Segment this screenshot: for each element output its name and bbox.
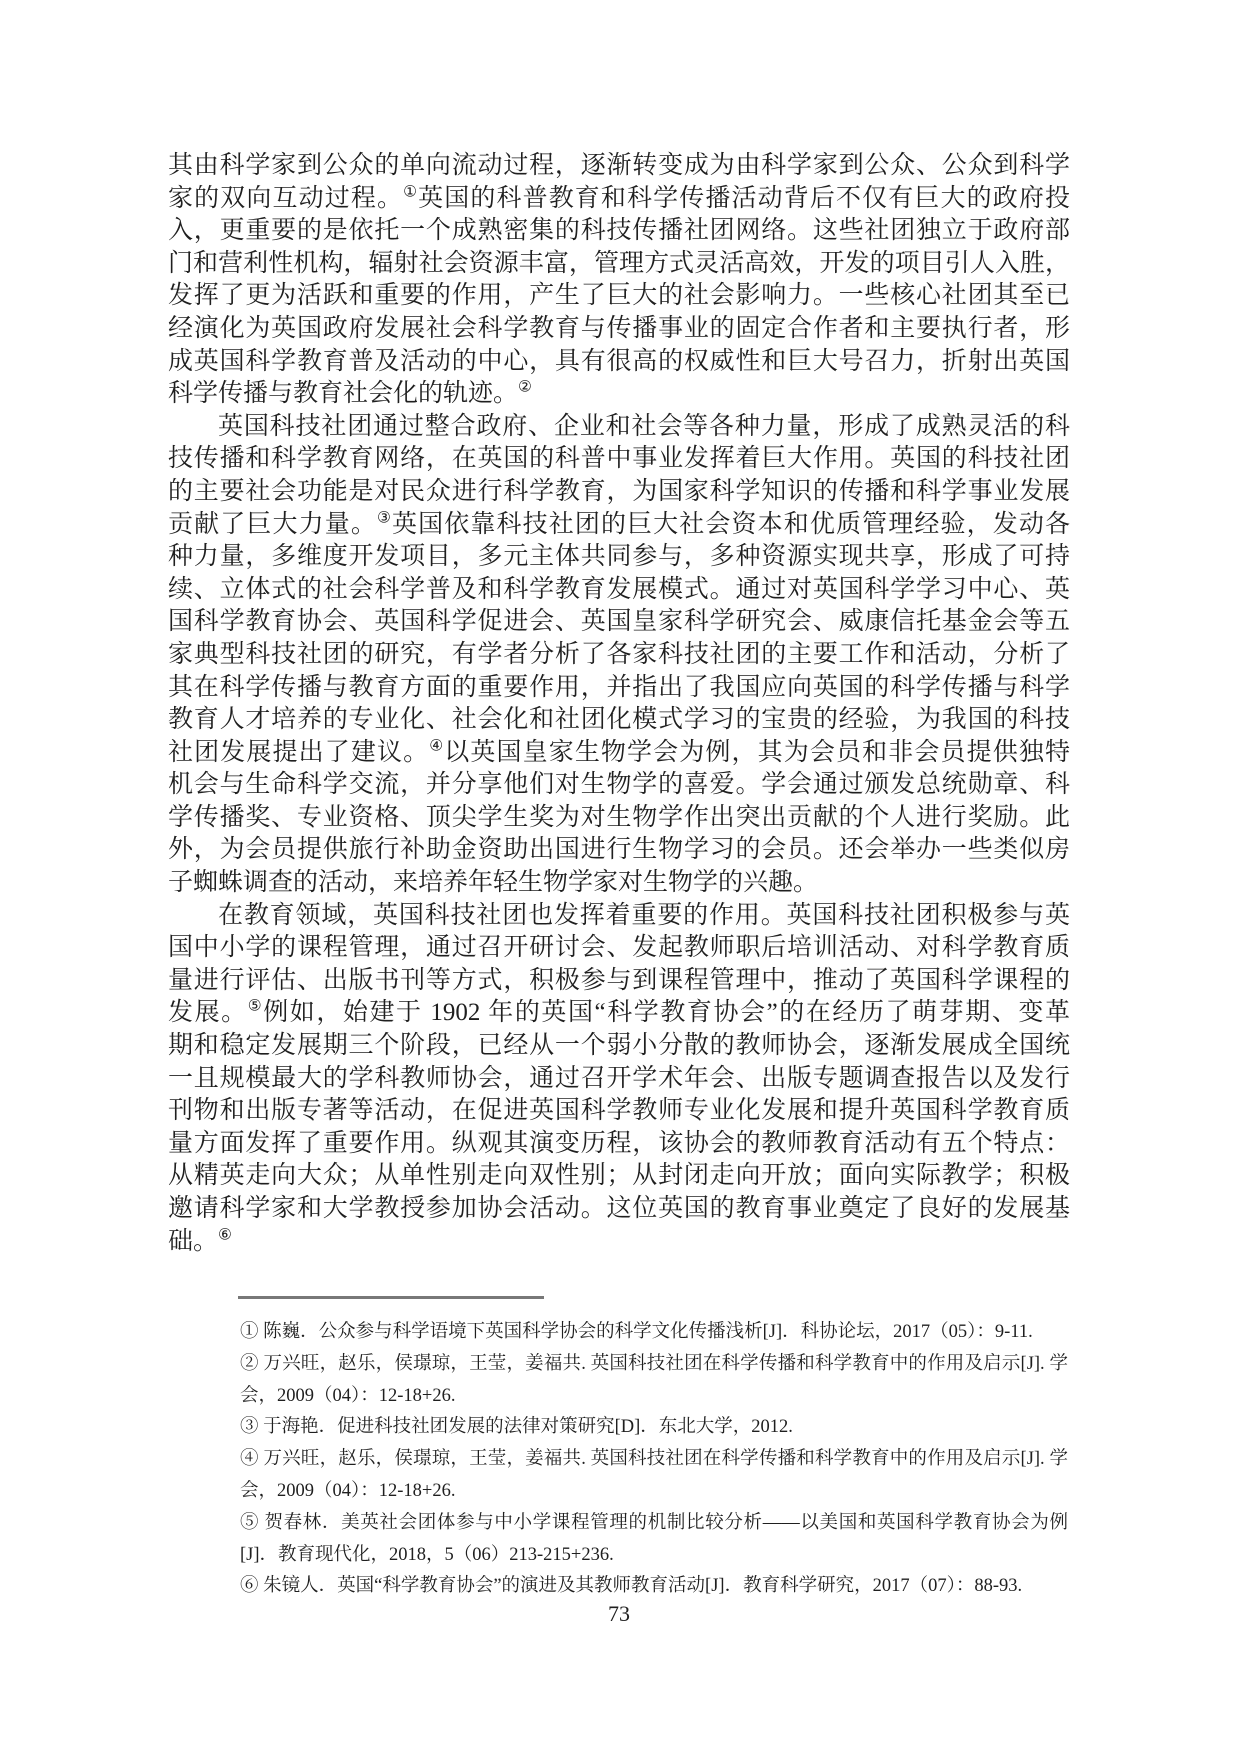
footnote-line: ③ 于海艳．促进科技社团发展的法律对策研究[D]．东北大学，2012. bbox=[240, 1412, 1068, 1444]
body-line: 量方面发挥了重要作用。纵观其演变历程，该协会的教师教育活动有五个特点： bbox=[168, 1128, 1070, 1161]
body-line: 家典型科技社团的研究，有学者分析了各家科技社团的主要工作和活动，分析了 bbox=[168, 639, 1070, 672]
body-line: 国科学教育协会、英国科学促进会、英国皇家科学研究会、威康信托基金会等五 bbox=[168, 606, 1070, 639]
body-line: 期和稳定发展期三个阶段，已经从一个弱小分散的教师协会，逐渐发展成全国统 bbox=[168, 1030, 1070, 1063]
body-line: 从精英走向大众；从单性别走向双性别；从封闭走向开放；面向实际教学；积极 bbox=[168, 1160, 1070, 1193]
body-line: 贡献了巨大力量。③英国依靠科技社团的巨大社会资本和优质管理经验，发动各 bbox=[168, 509, 1070, 542]
body-line: 国中小学的课程管理，通过召开研讨会、发起教师职后培训活动、对科学教育质 bbox=[168, 932, 1070, 965]
body-line: 发挥了更为活跃和重要的作用，产生了巨大的社会影响力。一些核心社团其至已 bbox=[168, 280, 1070, 313]
body-line: 础。⑥ bbox=[168, 1226, 1070, 1259]
body-line: 外，为会员提供旅行补助金资助出国进行生物学习的会员。还会举办一些类似房 bbox=[168, 834, 1070, 867]
body-line: 成英国科学教育普及活动的中心，具有很高的权威性和巨大号召力，折射出英国 bbox=[168, 346, 1070, 379]
body-line: 邀请科学家和大学教授参加协会活动。这位英国的教育事业奠定了良好的发展基 bbox=[168, 1193, 1070, 1226]
body-line: 刊物和出版专著等活动，在促进英国科学教师专业化发展和提升英国科学教育质 bbox=[168, 1095, 1070, 1128]
body-line: 科学传播与教育社会化的轨迹。② bbox=[168, 378, 1070, 411]
footnote-ref-marker: ② bbox=[518, 379, 532, 396]
footnote-ref-marker: ⑥ bbox=[218, 1226, 232, 1243]
body-line: 发展。⑤例如，始建于 1902 年的英国“科学教育协会”的在经历了萌芽期、变革 bbox=[168, 997, 1070, 1030]
footnote-line: ② 万兴旺，赵乐，侯璟琼，王莹，姜福共. 英国科技社团在科学传播和科学教育中的作… bbox=[240, 1349, 1068, 1381]
footnote-ref-marker: ③ bbox=[377, 509, 392, 526]
body-text: 其由科学家到公众的单向流动过程，逐渐转变成为由科学家到公众、公众到科学家的双向互… bbox=[168, 150, 1070, 1258]
body-line: 教育人才培养的专业化、社会化和社团化模式学习的宝贵的经验，为我国的科技 bbox=[168, 704, 1070, 737]
body-line: 门和营利性机构，辐射社会资源丰富，管理方式灵活高效，开发的项目引人入胜， bbox=[168, 248, 1070, 281]
footnote-line: 会，2009（04）：12-18+26. bbox=[240, 1476, 1068, 1508]
footnote-line: ⑤ 贺春林．美英社会团体参与中小学课程管理的机制比较分析——以美国和英国科学教育… bbox=[240, 1508, 1068, 1540]
body-line: 续、立体式的社会科学普及和科学教育发展模式。通过对英国科学学习中心、英 bbox=[168, 574, 1070, 607]
body-line: 子蜘蛛调查的活动，来培养年轻生物学家对生物学的兴趣。 bbox=[168, 867, 1070, 900]
body-line: 入，更重要的是依托一个成熟密集的科技传播社团网络。这些社团独立于政府部 bbox=[168, 215, 1070, 248]
document-page: 其由科学家到公众的单向流动过程，逐渐转变成为由科学家到公众、公众到科学家的双向互… bbox=[0, 0, 1240, 1753]
body-line: 家的双向互动过程。①英国的科普教育和科学传播活动背后不仅有巨大的政府投 bbox=[168, 183, 1070, 216]
body-line: 技传播和科学教育网络，在英国的科普中事业发挥着巨大作用。英国的科技社团 bbox=[168, 443, 1070, 476]
body-line: 在教育领域，英国科技社团也发挥着重要的作用。英国科技社团积极参与英 bbox=[168, 900, 1070, 933]
body-line: 其在科学传播与教育方面的重要作用，并指出了我国应向英国的科学传播与科学 bbox=[168, 672, 1070, 705]
body-line: 经演化为英国政府发展社会科学教育与传播事业的固定合作者和主要执行者，形 bbox=[168, 313, 1070, 346]
body-line: 英国科技社团通过整合政府、企业和社会等各种力量，形成了成熟灵活的科 bbox=[168, 411, 1070, 444]
footnote-line: ④ 万兴旺，赵乐，侯璟琼，王莹，姜福共. 英国科技社团在科学传播和科学教育中的作… bbox=[240, 1444, 1068, 1476]
body-line: 量进行评估、出版书刊等方式，积极参与到课程管理中，推动了英国科学课程的 bbox=[168, 965, 1070, 998]
body-line: 机会与生命科学交流，并分享他们对生物学的喜爱。学会通过颁发总统勋章、科 bbox=[168, 769, 1070, 802]
footnote-ref-marker: ④ bbox=[429, 737, 444, 754]
page-number: 73 bbox=[168, 1598, 1070, 1630]
footnote-divider bbox=[238, 1296, 544, 1299]
body-line: 社团发展提出了建议。④以英国皇家生物学会为例，其为会员和非会员提供独特 bbox=[168, 737, 1070, 770]
body-line: 学传播奖、专业资格、顶尖学生奖为对生物学作出突出贡献的个人进行奖励。此 bbox=[168, 802, 1070, 835]
footnotes: ① 陈巍．公众参与科学语境下英国科学协会的科学文化传播浅析[J]．科协论坛，20… bbox=[240, 1317, 1068, 1603]
footnote-ref-marker: ⑤ bbox=[248, 998, 263, 1015]
footnote-line: [J]．教育现代化，2018，5（06）213-215+236. bbox=[240, 1540, 1068, 1572]
footnote-ref-marker: ① bbox=[403, 183, 418, 200]
body-line: 的主要社会功能是对民众进行科学教育，为国家科学知识的传播和科学事业发展 bbox=[168, 476, 1070, 509]
body-line: 其由科学家到公众的单向流动过程，逐渐转变成为由科学家到公众、公众到科学 bbox=[168, 150, 1070, 183]
body-line: 一且规模最大的学科教师协会，通过召开学术年会、出版专题调查报告以及发行 bbox=[168, 1063, 1070, 1096]
footnote-line: 会，2009（04）：12-18+26. bbox=[240, 1381, 1068, 1413]
body-line: 种力量，多维度开发项目，多元主体共同参与，多种资源实现共享，形成了可持 bbox=[168, 541, 1070, 574]
footnote-line: ① 陈巍．公众参与科学语境下英国科学协会的科学文化传播浅析[J]．科协论坛，20… bbox=[240, 1317, 1068, 1349]
